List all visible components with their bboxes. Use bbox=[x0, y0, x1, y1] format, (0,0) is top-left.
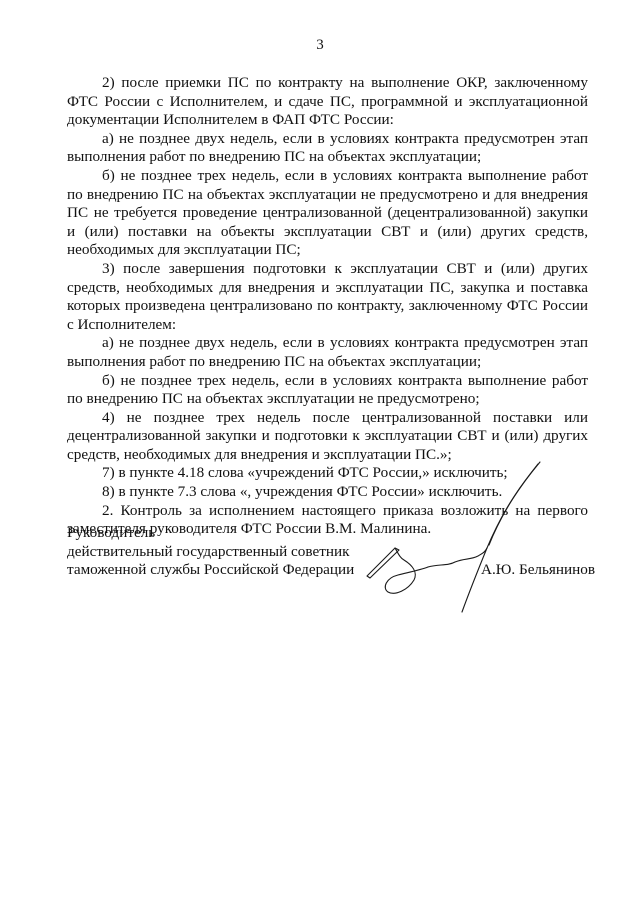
paragraph-item-3: 3) после завершения подготовки к эксплуа… bbox=[67, 260, 588, 334]
signatory-title: Руководитель действительный государствен… bbox=[67, 524, 354, 580]
signatory-title-line: действительный государственный советник bbox=[67, 543, 354, 562]
paragraph-subitem-b: б) не позднее трех недель, если в услови… bbox=[67, 372, 588, 409]
signatory-name: А.Ю. Бельянинов bbox=[481, 561, 595, 580]
page-number: 3 bbox=[0, 36, 640, 54]
signatory-title-line: таможенной службы Российской Федерации bbox=[67, 561, 354, 580]
paragraph-item-8: 8) в пункте 7.3 слова «, учреждения ФТС … bbox=[67, 483, 588, 502]
document-body: 2) после приемки ПС по контракту на выпо… bbox=[67, 74, 588, 539]
paragraph-item-7: 7) в пункте 4.18 слова «учреждений ФТС Р… bbox=[67, 464, 588, 483]
paragraph-subitem-b: б) не позднее трех недель, если в услови… bbox=[67, 167, 588, 260]
paragraph-subitem-a: а) не позднее двух недель, если в услови… bbox=[67, 130, 588, 167]
paragraph-item-4: 4) не позднее трех недель после централи… bbox=[67, 409, 588, 465]
paragraph-item-2: 2) после приемки ПС по контракту на выпо… bbox=[67, 74, 588, 130]
signatory-title-line: Руководитель bbox=[67, 524, 354, 543]
paragraph-subitem-a: а) не позднее двух недель, если в услови… bbox=[67, 334, 588, 371]
